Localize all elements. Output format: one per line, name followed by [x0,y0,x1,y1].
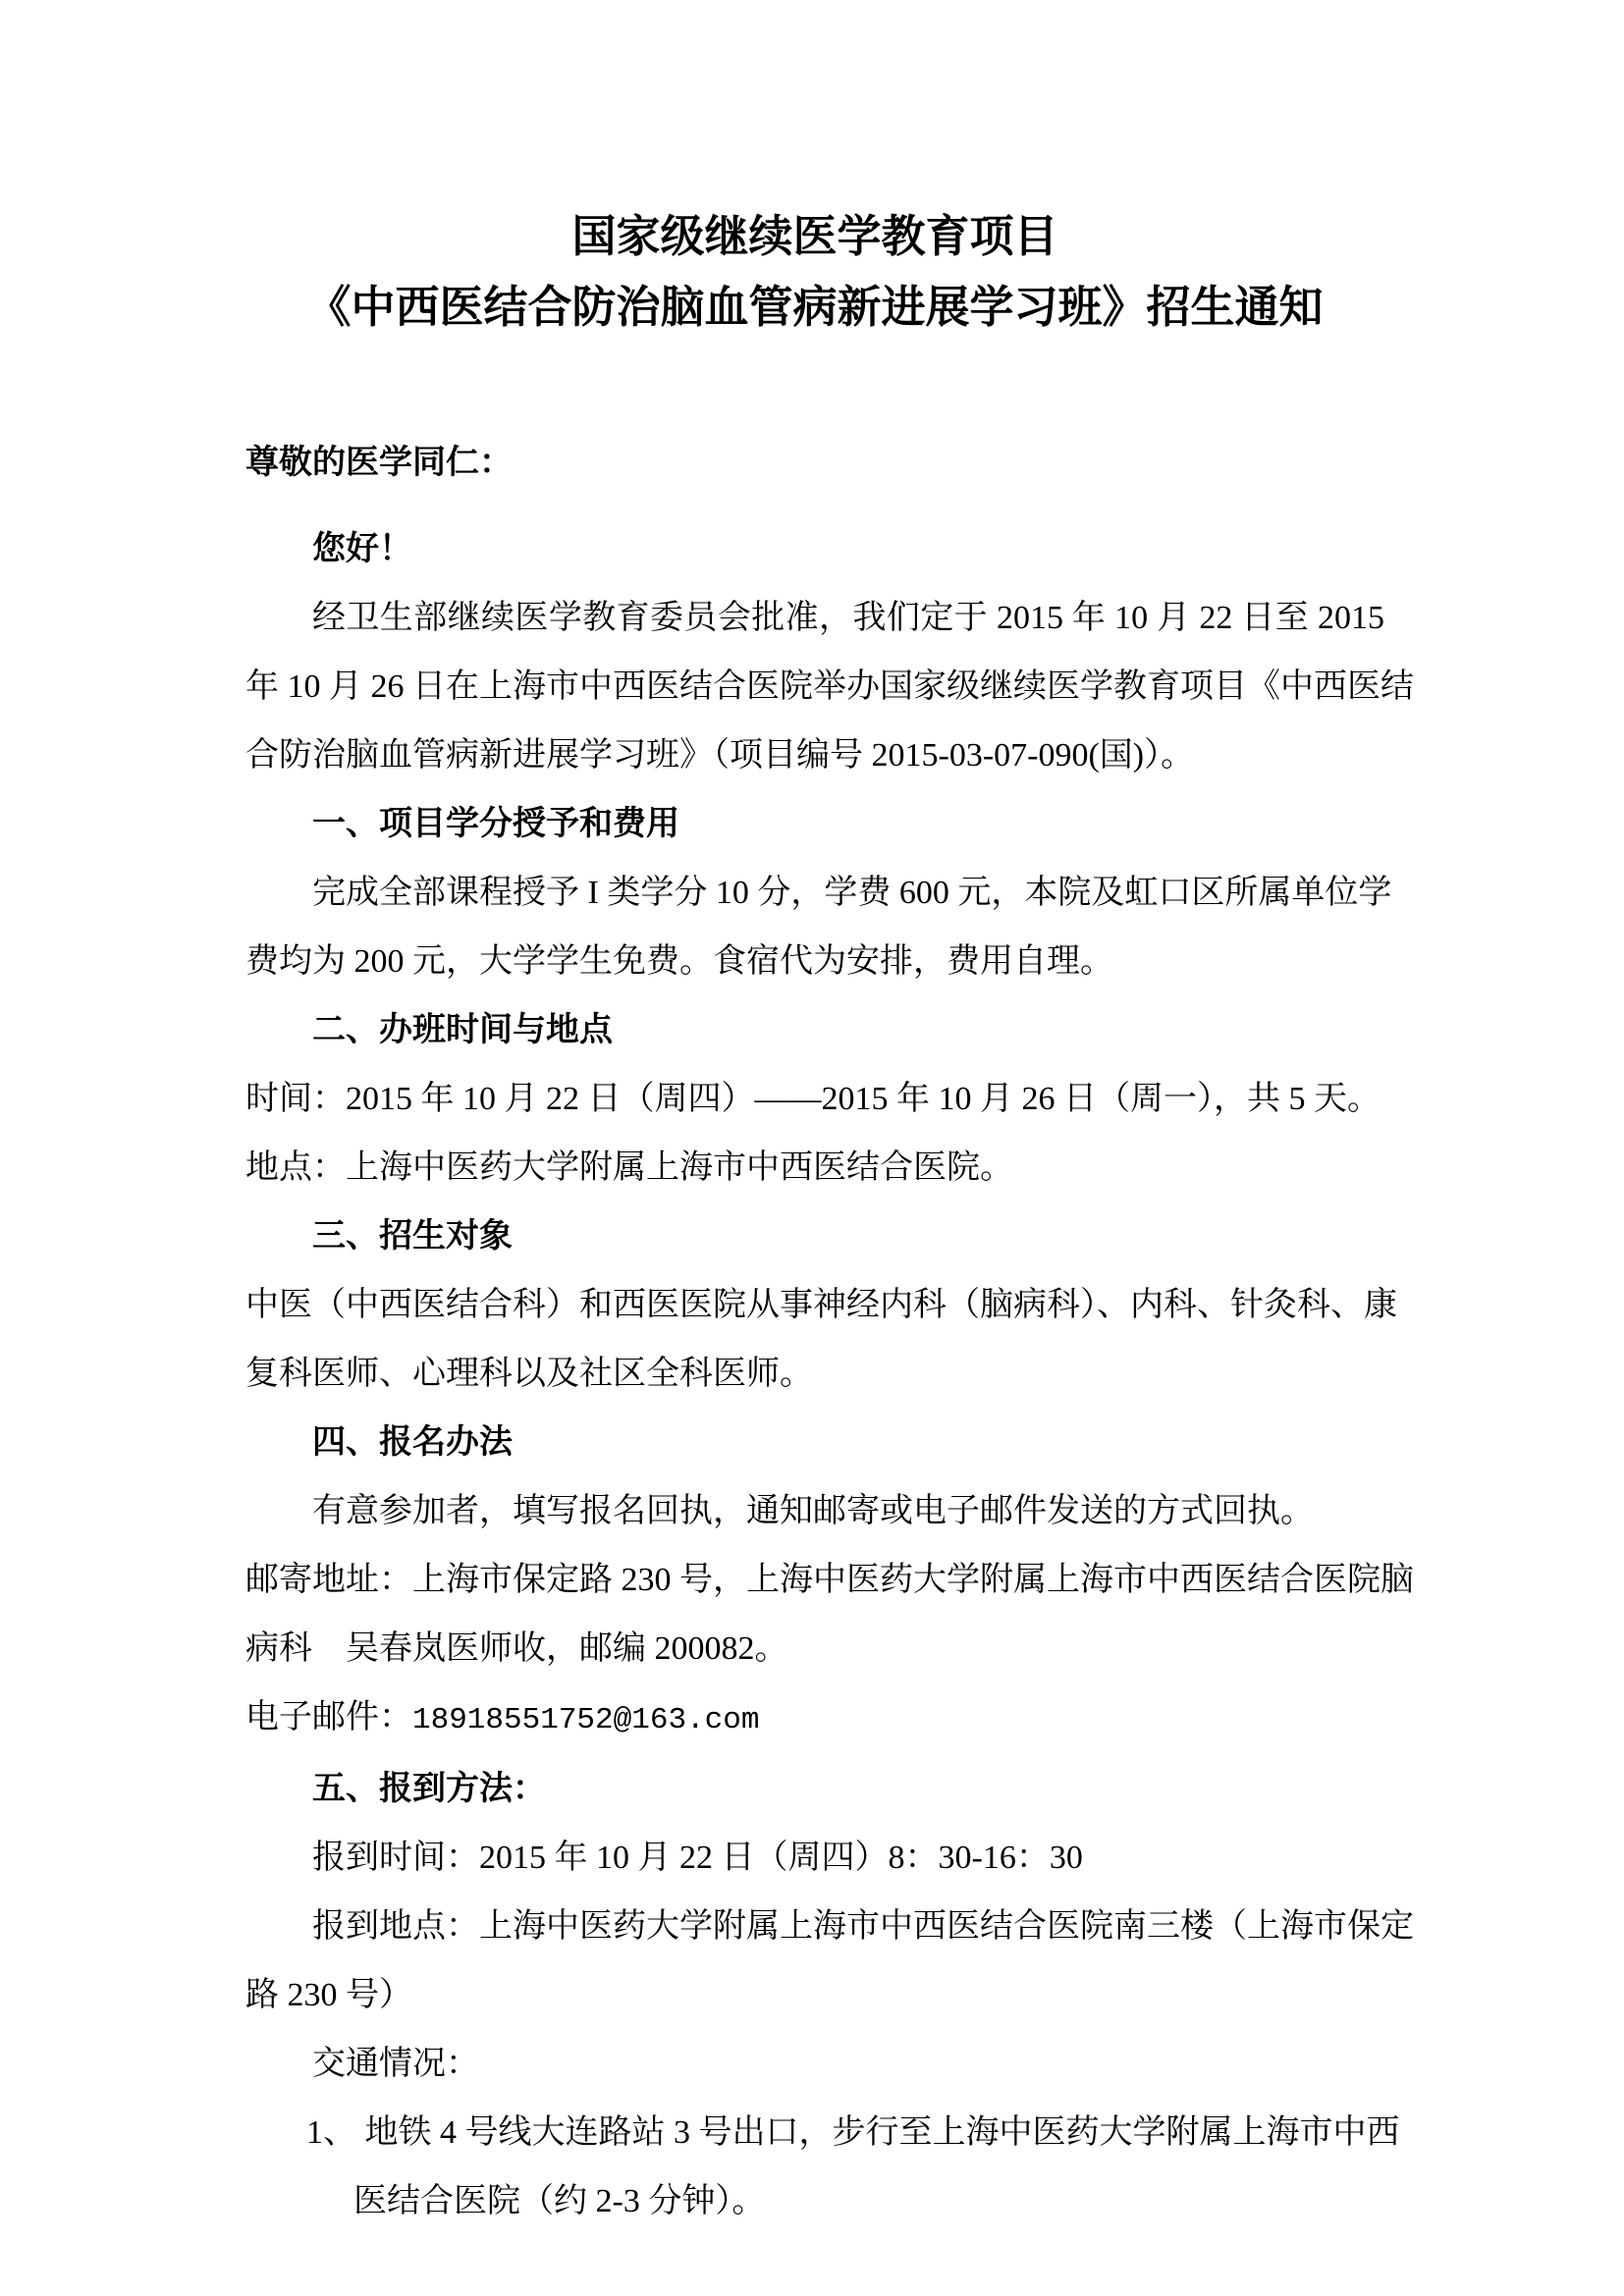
salutation: 尊敬的医学同仁： [245,429,1384,498]
intro-line-1: 经卫生部继续医学教育委员会批准，我们定于 2015 年 10 月 22 日至 2… [245,584,1384,653]
section3-line-2: 复科医师、心理科以及社区全科医师。 [245,1340,1384,1409]
traffic-item1-line-1: 1、 地铁 4 号线大连路站 3 号出口，步行至上海中医药大学附属上海市中西 [245,2099,1384,2167]
traffic-label: 交通情况： [245,2030,1384,2099]
document-title-line2: 《中西医结合防治脑血管病新进展学习班》招生通知 [245,272,1384,343]
checkin-place-line-1: 报到地点：上海中医药大学附属上海市中西医结合医院南三楼（上海市保定 [245,1893,1384,1961]
section4-heading: 四、报名办法 [245,1409,1384,1477]
section2-place-line: 地点：上海中医药大学附属上海市中西医结合医院。 [245,1134,1384,1202]
document-title-line1: 国家级继续医学教育项目 [245,201,1384,272]
section1-heading: 一、项目学分授予和费用 [245,790,1384,859]
email-label: 电子邮件： [245,1699,412,1735]
title-block: 国家级继续医学教育项目 《中西医结合防治脑血管病新进展学习班》招生通知 [245,201,1384,343]
email-line: 电子邮件：18918551752@163.com [245,1683,1384,1755]
section4-line-3: 病科 吴春岚医师收，邮编 200082。 [245,1615,1384,1683]
intro-line-3: 合防治脑血管病新进展学习班》（项目编号 2015-03-07-090(国)）。 [245,721,1384,790]
section4-line-2: 邮寄地址：上海市保定路 230 号，上海中医药大学附属上海市中西医结合医院脑 [245,1546,1384,1615]
section2-heading: 二、办班时间与地点 [245,996,1384,1065]
section3-line-1: 中医（中西医结合科）和西医医院从事神经内科（脑病科）、内科、针灸科、康 [245,1271,1384,1340]
section2-time-line: 时间：2015 年 10 月 22 日（周四）——2015 年 10 月 26 … [245,1065,1384,1134]
greeting: 您好！ [245,515,1384,584]
document-page: 国家级继续医学教育项目 《中西医结合防治脑血管病新进展学习班》招生通知 尊敬的医… [0,0,1624,2296]
section1-line-1: 完成全部课程授予 I 类学分 10 分，学费 600 元，本院及虹口区所属单位学 [245,859,1384,928]
intro-line-2: 年 10 月 26 日在上海市中西医结合医院举办国家级继续医学教育项目《中西医结 [245,653,1384,721]
document-content: 国家级继续医学教育项目 《中西医结合防治脑血管病新进展学习班》招生通知 尊敬的医… [0,0,1624,2236]
email-address: 18918551752@163.com [412,1703,759,1737]
section3-heading: 三、招生对象 [245,1202,1384,1271]
traffic-item1-line-2: 医结合医院（约 2-3 分钟）。 [245,2167,1384,2236]
section5-heading: 五、报到方法： [245,1755,1384,1824]
section1-line-2: 费均为 200 元，大学学生免费。食宿代为安排，费用自理。 [245,928,1384,996]
section4-line-1: 有意参加者，填写报名回执，通知邮寄或电子邮件发送的方式回执。 [245,1477,1384,1546]
checkin-place-line-2: 路 230 号） [245,1961,1384,2030]
checkin-time-line: 报到时间：2015 年 10 月 22 日（周四）8：30-16：30 [245,1824,1384,1893]
